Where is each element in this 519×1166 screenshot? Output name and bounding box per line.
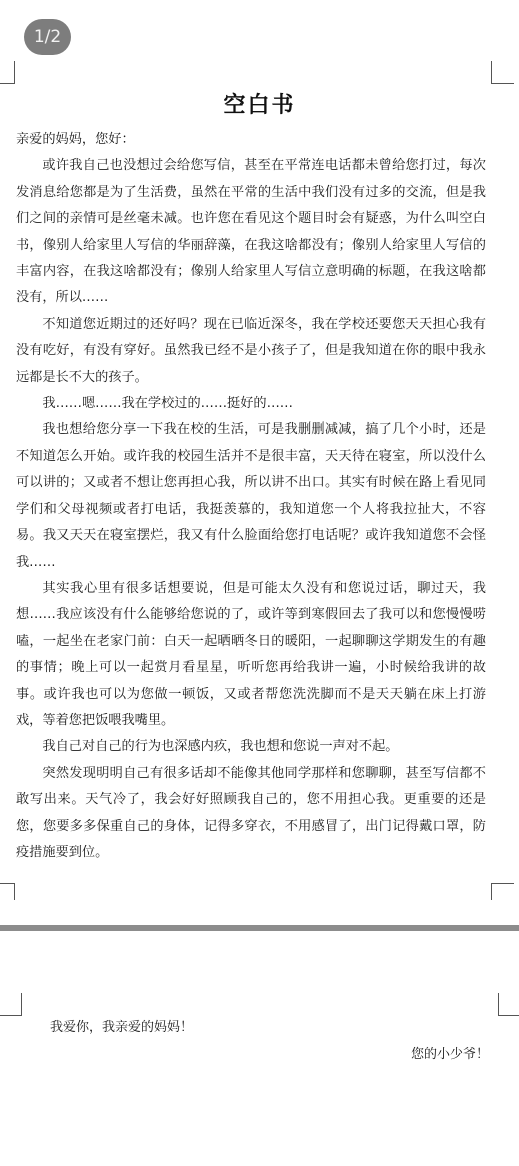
salutation: 亲爱的妈妈，您好： — [16, 127, 486, 153]
paragraph: 突然发现明明自己有很多话却不能像其他同学那样和您聊聊，甚至写信都不敢写出来。天气… — [16, 761, 486, 867]
document-page-2: 我爱你，我亲爱的妈妈！ 您的小少爷！ — [0, 931, 519, 1166]
closing-line: 我爱你，我亲爱的妈妈！ — [50, 1016, 193, 1035]
margin-corner-top-left — [0, 61, 15, 84]
margin-corner-top-left-page-2 — [0, 993, 22, 1016]
signature: 您的小少爷！ — [411, 1043, 489, 1062]
page-indicator: 1/2 — [24, 19, 71, 55]
margin-corner-top-right — [491, 61, 514, 84]
paragraph: 其实我心里有很多话想要说，但是可能太久没有和您说过话，聊过天，我想……我应该没有… — [16, 576, 486, 734]
paragraph: 我自己对自己的行为也深感内疚，我也想和您说一声对不起。 — [16, 734, 486, 760]
margin-corner-top-right-page-2 — [498, 993, 519, 1016]
document-title: 空白书 — [0, 88, 519, 119]
document-body: 亲爱的妈妈，您好： 或许我自己也没想过会给您写信，甚至在平常连电话都未曾给您打过… — [16, 127, 486, 866]
margin-corner-bottom-left — [0, 883, 15, 900]
margin-corner-bottom-right — [491, 883, 514, 900]
paragraph: 我……嗯……我在学校过的……挺好的…… — [16, 391, 486, 417]
document-page-1: 空白书 亲爱的妈妈，您好： 或许我自己也没想过会给您写信，甚至在平常连电话都未曾… — [0, 0, 519, 925]
paragraph: 我也想给您分享一下我在校的生活，可是我删删减减，搞了几个小时，还是不知道怎么开始… — [16, 417, 486, 575]
paragraph: 不知道您近期过的还好吗？现在已临近深冬，我在学校还要您天天担心我有没有吃好，有没… — [16, 312, 486, 391]
paragraph: 或许我自己也没想过会给您写信，甚至在平常连电话都未曾给您打过，每次发消息给您都是… — [16, 153, 486, 311]
